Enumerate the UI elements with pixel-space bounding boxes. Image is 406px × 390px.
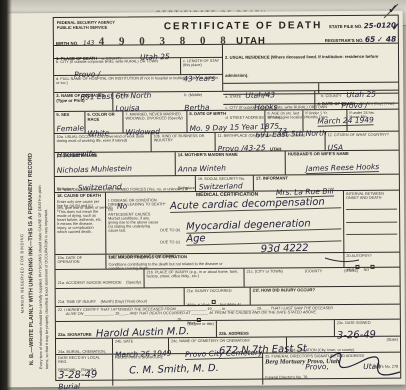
injury-city-county-state-cell: 21c. (CITY or TOWN) (COUNTY (STATE) [243, 268, 399, 287]
date-signed-label: 23c. DATE SIGNED [337, 321, 398, 326]
father-cell: 13. FATHER'S NAME Nicholas Muhlestein Bi… [55, 152, 175, 176]
while-at-work-checkbox [211, 300, 215, 304]
deceased-middle-name: b. (Middle) Bertha [182, 92, 252, 110]
residence-title: 2. USUAL RESIDENCE (Where deceased lived… [225, 54, 378, 78]
how-injury-occurred-cell: 21f. HOW DID INJURY OCCUR? [250, 287, 400, 305]
accident-specify-note: (Specify) [126, 280, 141, 284]
burial-cell: 24a. BURIAL, CREMATION, REMOVAL (Specify… [56, 339, 112, 354]
autopsy-label: 20 AUTOPSY? [346, 254, 397, 259]
cause-line-b-label: DUE TO (b) [160, 228, 186, 233]
armed-forces-cell: 15. WAS DECEASED ever in U.S. ARMED FORC… [55, 176, 195, 192]
registrar-signature-cell: REGISTRAR'S SIGNATURE C. M. Smith, M. D. [112, 354, 262, 386]
operation-findings-cell: 19b. MAJOR FINDINGS OF OPERATION [105, 253, 343, 269]
physician-signature-label: 23a. SIGNATURE [58, 332, 92, 337]
registrar-label: REGISTRAR'S NO. [325, 38, 364, 43]
state-file-label: STATE FILE NO. [329, 24, 363, 29]
cause-of-death-label: 18. CAUSE OF DEATH [57, 194, 103, 199]
marital-label: 7. MARRIED, NEVER MARRIED, WIDOWED, DIVO… [125, 112, 184, 121]
deceased-first-name: a. (First) Louisa [112, 92, 182, 110]
citizen-label: 12. CITIZEN OF WHAT COUNTRY? [328, 133, 397, 138]
informant-label: 17. INFORMANT [256, 176, 397, 182]
burial-location-label: 24d. LOCATION (City, town, or county) [289, 348, 354, 352]
under-one-year-columns: Months Days [305, 115, 344, 119]
certificate-form: FEDERAL SECURITY AGENCY PUBLIC HEALTH SE… [53, 15, 402, 381]
cause-line-a-label: I. DISEASE OR CONDITION DIRECTLY LEADING… [108, 198, 170, 212]
agency-line2: PUBLIC HEALTH SERVICE [57, 25, 140, 31]
date-of-death-cell: 4. DATE OF DEATH (Month) (Day) (Year) Ma… [314, 91, 398, 110]
date-of-birth-cell: 8. DATE OF BIRTH Mo. 9 Day 15 Year 1875 [186, 111, 264, 133]
cause-of-death-sidebar: 18. CAUSE OF DEATH Enter only one cause … [55, 193, 105, 254]
mother-cell: 14. MOTHER'S MAIDEN NAME Anna Winteh Bir… [175, 151, 285, 175]
registrar-signature-label: REGISTRAR'S SIGNATURE [115, 355, 260, 360]
deceased-name-label: 3. NAME OF DECEASED (Type or Print) [56, 94, 110, 104]
interval-line-a [346, 200, 397, 209]
date-of-death-columns: (Month) (Day) (Year) [360, 102, 395, 106]
interval-line-c [346, 222, 397, 234]
father-value: Nicholas Muhlestein [57, 164, 132, 175]
state-file-no: STATE FILE NO. 25-0120 [329, 22, 396, 30]
deceased-last-name: c. (Last) Hooks [252, 91, 314, 109]
time-of-injury-columns: (Month) (Day) (Year) (Hour) [101, 299, 148, 303]
cause-note-two: *This does not mean the mode of dying, s… [57, 210, 103, 234]
place-of-injury-cell: 21b. PLACE OF INJURY (e.g., in or about … [143, 269, 243, 288]
date-received-value: 3-28-49 [58, 369, 97, 381]
interval-line-b [346, 209, 397, 222]
accident-label: 21a. ACCIDENT SUICIDE HOMICIDE [58, 281, 122, 285]
time-of-injury-cell: 21d. TIME OF INJURY (Month) (Day) (Year)… [56, 288, 184, 306]
certify-statement-cell: 22. I HEREBY CERTIFY THAT I ATTENDED THE… [56, 305, 400, 321]
accident-cell: 21a. ACCIDENT SUICIDE HOMICIDE (Specify) [55, 269, 143, 288]
occupation-label: 10a. USUAL OCCUPATION (Give kind of work… [57, 134, 149, 143]
pod-hospital-label: d. FULL NAME OF HOSPITAL OR INSTITUTION … [56, 76, 220, 86]
cemetery-cell: 24c. NAME OF CEMETERY OR CREMATORY Provo… [168, 337, 286, 353]
injury-state-label: (STATE) [344, 269, 358, 285]
age-label: 9. AGE (In yrs. last birthday) [267, 111, 300, 120]
physician-signature-cell: 23a. SIGNATURE Harold Austin M.D. (Degre… [56, 321, 216, 338]
burial-date-cell: 24b. DATE March 26 1949 [112, 338, 168, 353]
form-header: FEDERAL SECURITY AGENCY PUBLIC HEALTH SE… [54, 16, 398, 46]
date-received-cell: DATE REC'D BY LOCAL REG. 3-28-49 [56, 355, 112, 387]
middle-name-label: b. (Middle) [184, 93, 250, 98]
injury-county-label: (COUNTY [305, 269, 322, 285]
date-received-label: DATE REC'D BY LOCAL REG. [58, 356, 110, 365]
injury-occurred-label: 21e. INJURY OCCURRED [187, 289, 248, 294]
cause-note-one: Enter only one cause per line for (a),(b… [57, 200, 103, 208]
under-24-hours-columns: Hours Min. [349, 115, 396, 119]
time-of-injury-label: 21d. TIME OF INJURY [58, 300, 97, 304]
birthplace-cell: 11. BIRTHPLACE (City and State or foreig… [215, 132, 325, 151]
interval-label: INTERVAL BETWEEN ONSET AND DEATH [346, 192, 397, 201]
registrar-value: 65 [365, 35, 376, 44]
certificate-paper: MARGIN RESERVED FOR BINDING N. B.—WRITE … [5, 11, 406, 388]
degree-or-title-note: (Degree or title) [187, 322, 213, 326]
margin-instructions-line1: Every item of information should be care… [38, 185, 43, 369]
spouse-cell: HUSBAND'S OR WIFE'S NAME James Reese Hoo… [285, 151, 399, 175]
race-cell: 6. COLOR OR RACE White [84, 112, 122, 133]
date-signed-cell: 23c. DATE SIGNED 3-26-49 [334, 320, 400, 336]
medical-certification-cell: MEDICAL CERTIFICATION I. DISEASE OR COND… [105, 191, 343, 254]
funeral-director-number: Funeral Director's No. 78 [265, 376, 307, 380]
autopsy-cell: 20 AUTOPSY? YES NO [343, 253, 399, 267]
age-cell: 9. AGE (In yrs. last birthday) 73 [264, 110, 302, 131]
birthplace-label: 11. BIRTHPLACE (City and State or foreig… [218, 133, 323, 138]
margin-binding-note: MARGIN RESERVED FOR BINDING [19, 233, 25, 313]
file-no-checkmark-icon: ✓ [392, 22, 400, 33]
last-name-label: c. (Last) [254, 92, 312, 97]
sex-cell: 5. SEX Female [54, 112, 84, 133]
registrar-checkmark: ✓ 48 [376, 34, 396, 44]
ssn-label: 16. SOCIAL SECURITY No. [198, 177, 251, 182]
operation-findings-label: 19b. MAJOR FINDINGS OF OPERATION [108, 254, 341, 260]
usual-residence-section: 2. USUAL RESIDENCE (Where deceased lived… [222, 44, 398, 91]
sex-label: 5. SEX [56, 113, 82, 118]
scanned-death-certificate: CERTIFICATE OF DEATH MARGIN RESERVED FOR… [0, 0, 406, 390]
informant-cell: 17. INFORMANT Mrs. La Rue Bill [253, 175, 399, 191]
industry-cell: 10b. KIND OF BUSINESS OR INDUSTRY [151, 133, 215, 151]
injury-occurred-cell: 21e. INJURY OCCURRED While at Work Not W… [184, 288, 250, 305]
place-of-injury-label: 21b. PLACE OF INJURY (e.g., in or about … [146, 270, 241, 279]
under-one-year-cell: If Under 1 Yr. Months Days [302, 110, 346, 131]
race-label: 6. COLOR OR RACE [87, 113, 120, 123]
ssn-cell: 16. SOCIAL SECURITY No. [195, 176, 253, 191]
operation-date-cell: 19a. DATE OF OPERATION [55, 255, 105, 269]
margin-permanent-record-note: N. B.—WRITE PLAINLY WITH UNFADING INK—TH… [28, 153, 35, 365]
medical-certification-title: MEDICAL CERTIFICATION [196, 192, 258, 198]
mother-value: Anna Winteh [178, 163, 226, 173]
place-of-death-section: 1. PLACE OF DEATH a. COUNTY Utah 25 b. C… [54, 45, 222, 92]
industry-label: 10b. KIND OF BUSINESS OR INDUSTRY [154, 134, 213, 143]
under-24-hours-cell: If under 24 hrs. Hours Min. [346, 110, 398, 131]
pod-stay-label: c. LENGTH OF STAY (this place) [183, 59, 220, 68]
sex-value: Female [56, 123, 84, 133]
funeral-director-cell: 25. FUNERAL DIRECTOR'S SIGNATURE AND ADD… [262, 353, 400, 385]
burial-date-label: 24b. DATE [115, 339, 166, 344]
antecedent-note: Morbid conditions, if any, giving rise t… [108, 217, 160, 233]
date-of-death-label: 4. DATE OF DEATH [317, 101, 355, 106]
physician-address-cell: 23b. ADDRESS 672 N 7th East St [216, 320, 334, 337]
burial-location-cell: 24d. LOCATION (City, town, or county) (S… [286, 337, 400, 353]
embalmer-number: Emb's No. 278 [373, 365, 398, 369]
physician-address-label: 23b. ADDRESS [219, 331, 249, 336]
margin-instructions-line2: terms, so that it may be properly classi… [44, 209, 49, 369]
operation-date-label: 19a. DATE OF OPERATION [57, 256, 103, 265]
top-checkmark-icon: ✓ [388, 2, 398, 16]
burial-location-state-label: (State) [387, 338, 398, 342]
injury-city-label: 21c. (CITY or TOWN) [246, 269, 282, 285]
spouse-value: James Reese Hooks [305, 162, 379, 174]
registrar-signature-value: C. M. Smith, M. D. [129, 363, 219, 376]
interval-cell: INTERVAL BETWEEN ONSET AND DEATH [343, 191, 399, 252]
binding-shadow [0, 0, 12, 390]
cemetery-label: 24c. NAME OF CEMETERY OR CREMATORY [171, 338, 284, 343]
first-name-label: a. (First) [115, 93, 180, 98]
deceased-name-label-cell: 3. NAME OF DECEASED (Type or Print) [54, 93, 112, 111]
how-injury-occurred-label: 21f. HOW DID INJURY OCCUR? [253, 288, 398, 294]
marital-cell: 7. MARRIED, NEVER MARRIED, WIDOWED, DIVO… [122, 111, 186, 132]
citizen-cell: 12. CITIZEN OF WHAT COUNTRY? USA [325, 132, 399, 151]
pod-city-label: b. CITY (If outside corporate limits, wr… [56, 59, 178, 64]
occupation-cell: 10a. USUAL OCCUPATION (Give kind of work… [55, 133, 151, 152]
date-of-birth-label: 8. DATE OF BIRTH [189, 112, 262, 117]
